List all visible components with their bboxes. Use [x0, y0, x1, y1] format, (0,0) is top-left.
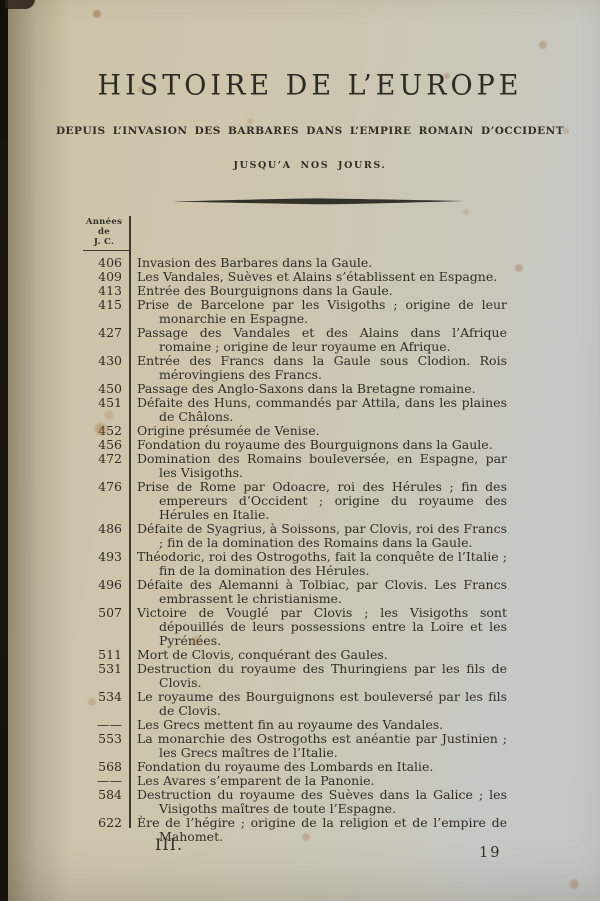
event-text: Fondation du royaume des Lombards en Ita… — [129, 760, 507, 774]
year-cell: 415 — [83, 298, 129, 326]
table-row: 534 Le royaume des Bourguignons est boul… — [83, 690, 507, 718]
year-cell: 430 — [83, 354, 129, 382]
table-row: 486 Défaite de Syagrius, à Soissons, par… — [83, 522, 507, 550]
event-text: Entrée des Bourguignons dans la Gaule. — [129, 284, 507, 298]
year-cell: 452 — [83, 424, 129, 438]
year-cell: 534 — [83, 690, 129, 718]
book-page-photo: HISTOIRE DE L’EUROPE DEPUIS L’INVASION D… — [0, 0, 600, 901]
year-cell: 584 — [83, 788, 129, 816]
table-row: 452 Origine présumée de Venise. — [83, 424, 507, 438]
year-cell: 472 — [83, 452, 129, 480]
year-cell: 450 — [83, 382, 129, 396]
table-row: 622 Ère de l’hégire ; origine de la reli… — [83, 816, 507, 844]
table-row: 413 Entrée des Bourguignons dans la Gaul… — [83, 284, 507, 298]
column-divider-rule — [129, 216, 131, 828]
event-text: Entrée des Francs dans la Gaule sous Clo… — [129, 354, 507, 382]
years-header-line3: J. C. — [83, 237, 125, 247]
table-row: 406 Invasion des Barbares dans la Gaule. — [83, 256, 507, 270]
timeline-rows: 406 Invasion des Barbares dans la Gaule.… — [83, 256, 507, 844]
table-row: 450 Passage des Anglo-Saxons dans la Bre… — [83, 382, 507, 396]
page-number: 19 — [479, 845, 501, 861]
event-text: Victoire de Vouglé par Clovis ; les Visi… — [129, 606, 507, 648]
table-row: 553 La monarchie des Ostrogoths est anéa… — [83, 732, 507, 760]
event-text: Passage des Anglo-Saxons dans la Bretagn… — [129, 382, 507, 396]
gutter-shadow — [8, 0, 72, 901]
table-row: —— Les Grecs mettent fin au royaume des … — [83, 718, 507, 732]
event-text: Mort de Clovis, conquérant des Gaules. — [129, 648, 507, 662]
years-header-line2: de — [83, 227, 125, 237]
event-text: Défaite de Syagrius, à Soissons, par Clo… — [129, 522, 507, 550]
table-row: 507 Victoire de Vouglé par Clovis ; les … — [83, 606, 507, 648]
table-row: 584 Destruction du royaume des Suèves da… — [83, 788, 507, 816]
page-title: HISTOIRE DE L’EUROPE — [20, 69, 600, 101]
event-text: Destruction du royaume des Thuringiens p… — [129, 662, 507, 690]
year-cell: 493 — [83, 550, 129, 578]
signature-mark: III. — [155, 835, 183, 854]
event-text: Les Grecs mettent fin au royaume des Van… — [129, 718, 507, 732]
swelled-rule-divider — [172, 192, 464, 202]
event-text: Défaite des Alemanni à Tolbiac, par Clov… — [129, 578, 507, 606]
event-text: Ère de l’hégire ; origine de la religion… — [129, 816, 507, 844]
event-text: Invasion des Barbares dans la Gaule. — [129, 256, 507, 270]
year-cell: 553 — [83, 732, 129, 760]
table-row: 430 Entrée des Francs dans la Gaule sous… — [83, 354, 507, 382]
table-row: —— Les Avares s’emparent de la Panonie. — [83, 774, 507, 788]
timeline-table: Années de J. C. 406 Invasion des Barbare… — [83, 215, 507, 844]
year-cell: 427 — [83, 326, 129, 354]
year-cell: 531 — [83, 662, 129, 690]
table-row: 511 Mort de Clovis, conquérant des Gaule… — [83, 648, 507, 662]
event-text: La monarchie des Ostrogoths est anéantie… — [129, 732, 507, 760]
year-cell: 409 — [83, 270, 129, 284]
table-row: 493 Théodoric, roi des Ostrogoths, fait … — [83, 550, 507, 578]
year-cell: 622 — [83, 816, 129, 844]
table-row: 531 Destruction du royaume des Thuringie… — [83, 662, 507, 690]
subtitle: DEPUIS L’INVASION DES BARBARES DANS L’EM… — [20, 125, 600, 137]
table-row: 409 Les Vandales, Suèves et Alains s’éta… — [83, 270, 507, 284]
event-text: Domination des Romains bouleversée, en E… — [129, 452, 507, 480]
table-row: 568 Fondation du royaume des Lombards en… — [83, 760, 507, 774]
event-text: Origine présumée de Venise. — [129, 424, 507, 438]
table-row: 427 Passage des Vandales et des Alains d… — [83, 326, 507, 354]
year-cell: 568 — [83, 760, 129, 774]
years-column-header: Années de J. C. — [83, 215, 129, 251]
event-text: Destruction du royaume des Suèves dans l… — [129, 788, 507, 816]
event-text: Prise de Rome par Odoacre, roi des Hérul… — [129, 480, 507, 522]
event-text: Passage des Vandales et des Alains dans … — [129, 326, 507, 354]
scope-line: JUSQU’A NOS JOURS. — [20, 160, 600, 171]
event-text: Le royaume des Bourguignons est boulever… — [129, 690, 507, 718]
table-row: 456 Fondation du royaume des Bourguignon… — [83, 438, 507, 452]
year-cell: 451 — [83, 396, 129, 424]
event-text: Théodoric, roi des Ostrogoths, fait la c… — [129, 550, 507, 578]
table-row: 415 Prise de Barcelone par les Visigoths… — [83, 298, 507, 326]
year-cell: 511 — [83, 648, 129, 662]
table-row: 496 Défaite des Alemanni à Tolbiac, par … — [83, 578, 507, 606]
event-text: Prise de Barcelone par les Visigoths ; o… — [129, 298, 507, 326]
book-spine — [0, 0, 8, 901]
year-cell: —— — [83, 774, 129, 788]
event-text: Fondation du royaume des Bourguignons da… — [129, 438, 507, 452]
year-cell: 476 — [83, 480, 129, 522]
event-text: Les Vandales, Suèves et Alains s’établis… — [129, 270, 507, 284]
year-cell: 486 — [83, 522, 129, 550]
year-cell: 413 — [83, 284, 129, 298]
year-cell: 496 — [83, 578, 129, 606]
event-text: Défaite des Huns, commandés par Attila, … — [129, 396, 507, 424]
table-row: 451 Défaite des Huns, commandés par Atti… — [83, 396, 507, 424]
event-text: Les Avares s’emparent de la Panonie. — [129, 774, 507, 788]
year-cell: 507 — [83, 606, 129, 648]
year-cell: 406 — [83, 256, 129, 270]
table-row: 472 Domination des Romains bouleversée, … — [83, 452, 507, 480]
table-row: 476 Prise de Rome par Odoacre, roi des H… — [83, 480, 507, 522]
year-cell: —— — [83, 718, 129, 732]
years-header-line1: Années — [83, 217, 125, 227]
year-cell: 456 — [83, 438, 129, 452]
